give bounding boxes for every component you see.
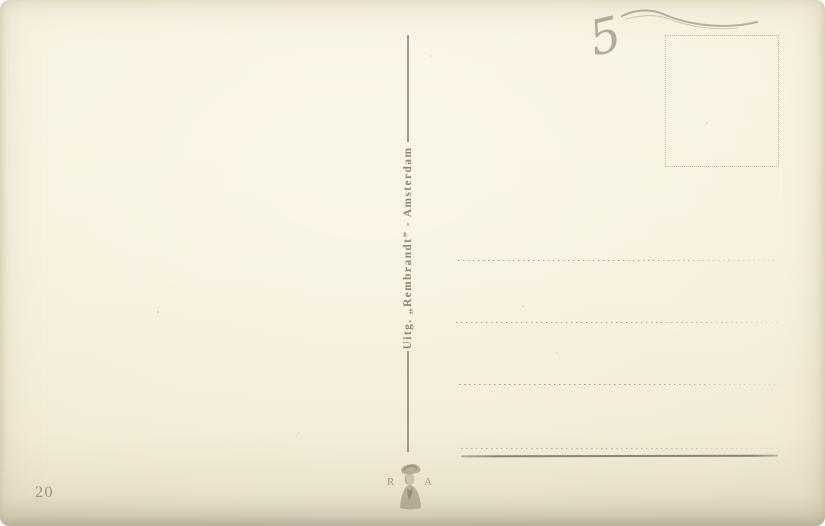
paper-speck (157, 311, 159, 313)
handwritten-number: 5 (584, 6, 627, 68)
card-number: 20 (35, 484, 54, 502)
logo-letter-r: R (387, 476, 394, 488)
postcard-back: Uitg. „Rembrandt” - Amsterdam 20 R (0, 0, 825, 526)
divider-line-bottom (407, 351, 409, 452)
paper-speck (298, 432, 300, 434)
rembrandt-portrait-icon (395, 462, 425, 512)
publisher-imprint: Uitg. „Rembrandt” - Amsterdam (402, 147, 414, 350)
paper-speck (556, 352, 558, 354)
address-line (459, 384, 780, 385)
logo-letter-a: A (424, 476, 432, 488)
pencil-flourish (622, 10, 757, 26)
paper-speck (522, 305, 524, 307)
postcard-photo: Uitg. „Rembrandt” - Amsterdam 20 R (0, 0, 825, 526)
divider-line-top (407, 35, 409, 142)
address-line-solid (461, 455, 778, 457)
pencil-annotation: 5 (580, 0, 780, 70)
address-line (461, 448, 778, 449)
address-line (458, 260, 778, 261)
address-line (456, 322, 778, 323)
paper-speck (430, 55, 432, 57)
publisher-logo: R A (384, 462, 434, 514)
